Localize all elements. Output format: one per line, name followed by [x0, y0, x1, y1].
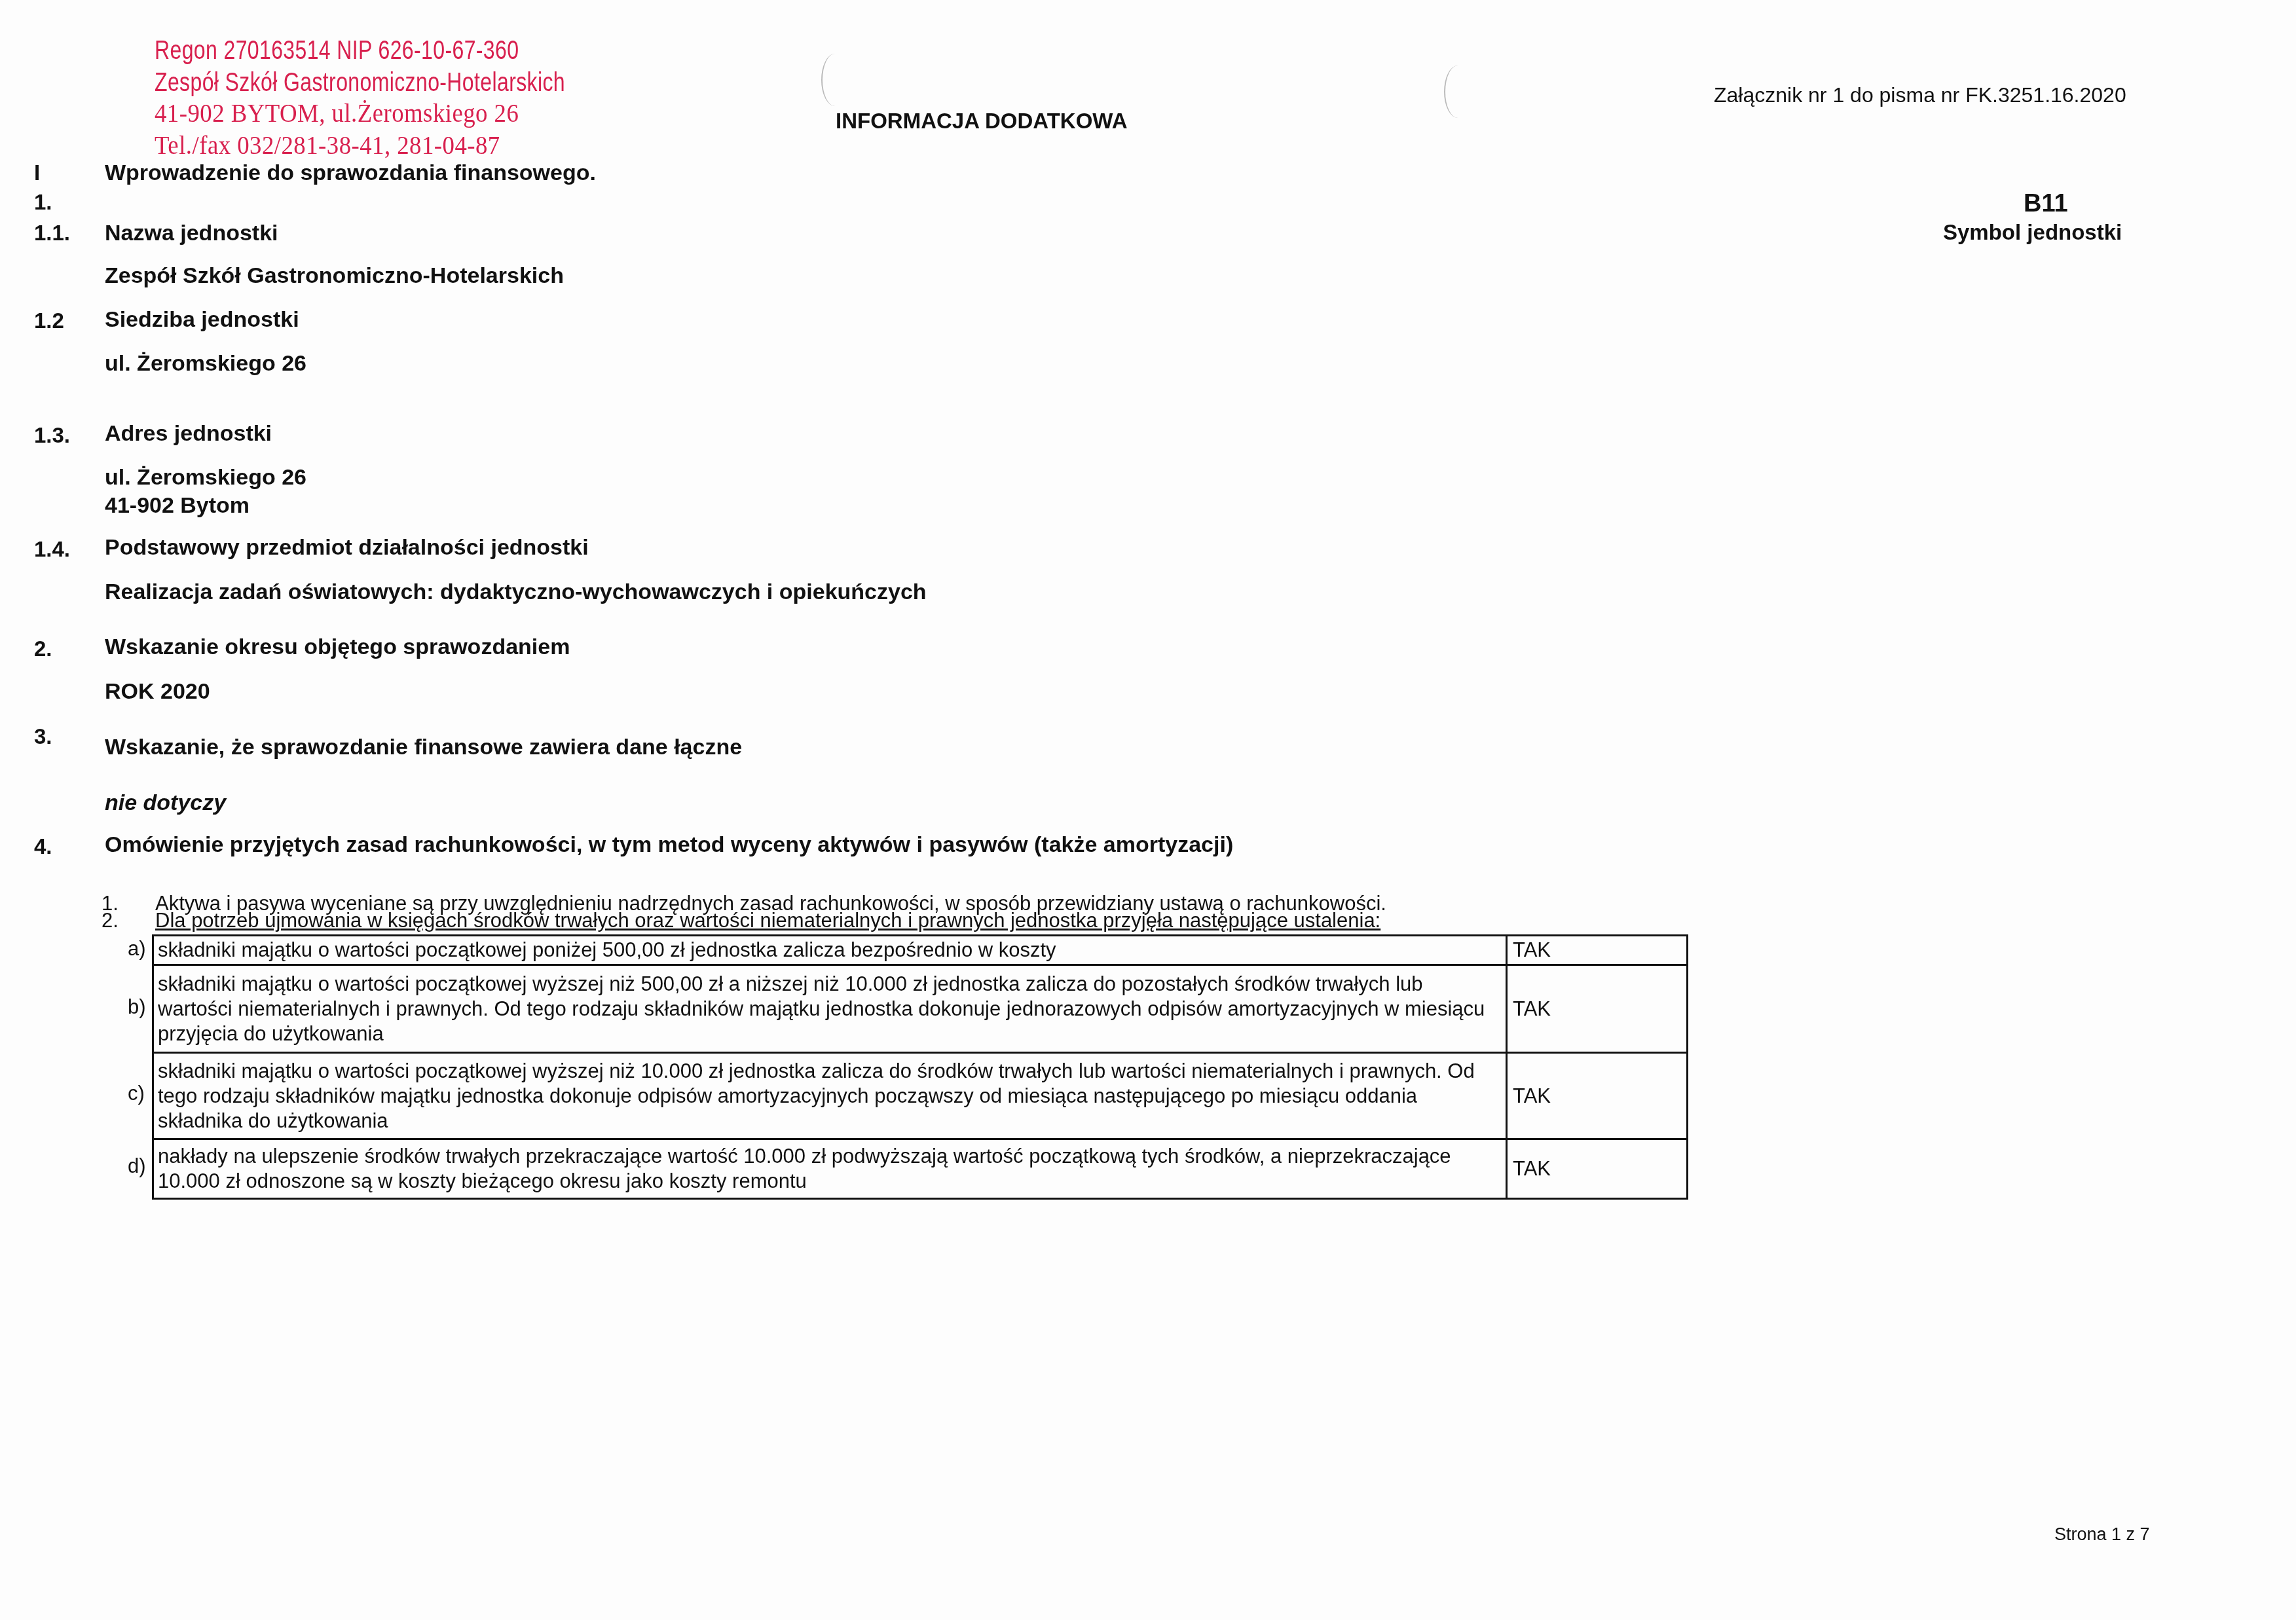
policy-value: TAK [1507, 1139, 1688, 1199]
row-label: a) [128, 937, 146, 961]
stamp-regon-nip: Regon 270163514 NIP 626-10-67-360 [155, 34, 565, 66]
stamp-address: 41-902 BYTOM, ul.Żeromskiego 26 [155, 98, 639, 130]
row-label: d) [128, 1154, 146, 1178]
section-number: 4. [34, 834, 52, 859]
section-title: Wskazanie, że sprawozdanie finansowe zaw… [105, 735, 742, 760]
section-title: Siedziba jednostki [105, 307, 299, 333]
section-number: 1. [34, 190, 52, 215]
section-title: Wprowadzenie do sprawozdania finansowego… [105, 160, 596, 186]
policy-value: TAK [1507, 965, 1688, 1053]
table-row: nakłady na ulepszenie środków trwałych p… [153, 1139, 1688, 1199]
unit-name: Zespół Szkół Gastronomiczno-Hotelarskich [105, 263, 564, 289]
section-title: Adres jednostki [105, 421, 272, 447]
policy-text: Dla potrzeb ujmowania w księgach środków… [155, 909, 1380, 932]
table-row: składniki majątku o wartości początkowej… [153, 936, 1688, 965]
section-number: I [34, 160, 40, 185]
stamp-school-name: Zespół Szkół Gastronomiczno-Hotelarskich [155, 66, 565, 98]
section-title: Wskazanie okresu objętego sprawozdaniem [105, 635, 570, 660]
combined-data-value: nie dotyczy [105, 790, 226, 816]
policy-description: nakłady na ulepszenie środków trwałych p… [153, 1139, 1507, 1199]
unit-symbol-code: B11 [2024, 190, 2068, 218]
section-number: 1.1. [34, 221, 70, 246]
unit-seat: ul. Żeromskiego 26 [105, 351, 306, 377]
section-title: Podstawowy przedmiot działalności jednos… [105, 535, 589, 561]
unit-address-street: ul. Żeromskiego 26 [105, 465, 306, 490]
table-row: składniki majątku o wartości początkowej… [153, 1053, 1688, 1139]
attachment-reference: Załącznik nr 1 do pisma nr FK.3251.16.20… [1714, 83, 2126, 107]
document-title: INFORMACJA DODATKOWA [836, 109, 1127, 134]
policy-value: TAK [1507, 1053, 1688, 1139]
policy-number: 2. [102, 909, 119, 932]
row-label: c) [128, 1082, 145, 1105]
policy-value: TAK [1507, 936, 1688, 965]
reporting-period: ROK 2020 [105, 679, 210, 705]
unit-activity: Realizacja zadań oświatowych: dydaktyczn… [105, 580, 927, 605]
section-number: 1.3. [34, 423, 70, 448]
policy-description: składniki majątku o wartości początkowej… [153, 1053, 1507, 1139]
company-stamp: Regon 270163514 NIP 626-10-67-360 Zespół… [155, 34, 681, 161]
page-number: Strona 1 z 7 [2054, 1524, 2150, 1545]
policy-description: składniki majątku o wartości początkowej… [153, 936, 1507, 965]
section-number: 3. [34, 724, 52, 749]
section-number: 2. [34, 636, 52, 661]
table-row: składniki majątku o wartości początkowej… [153, 965, 1688, 1053]
unit-address-city: 41-902 Bytom [105, 493, 250, 519]
scan-mark [821, 54, 849, 106]
scan-mark [1444, 65, 1472, 118]
section-title: Omówienie przyjętych zasad rachunkowości… [105, 832, 1233, 858]
unit-symbol-label: Symbol jednostki [1943, 220, 2122, 245]
depreciation-policy-table: składniki majątku o wartości początkowej… [152, 934, 1688, 1200]
stamp-phone: Tel./fax 032/281-38-41, 281-04-87 [155, 130, 639, 162]
section-title: Nazwa jednostki [105, 221, 278, 246]
section-number: 1.2 [34, 308, 64, 333]
section-number: 1.4. [34, 537, 70, 562]
policy-description: składniki majątku o wartości początkowej… [153, 965, 1507, 1053]
row-label: b) [128, 995, 146, 1019]
